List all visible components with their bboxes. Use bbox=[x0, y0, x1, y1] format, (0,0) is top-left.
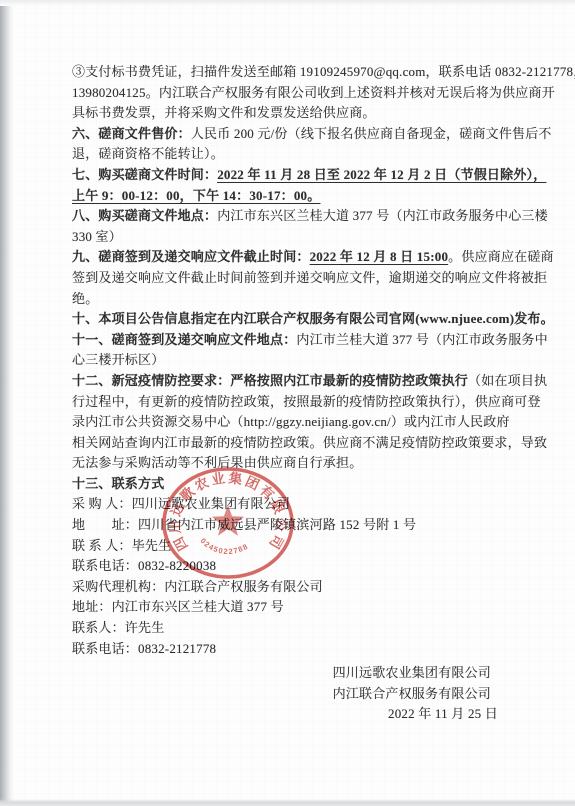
scan-edge-top bbox=[0, 0, 575, 6]
text-run: 无法参与采购活动等不利后果由供应商自行承担。 bbox=[72, 455, 362, 470]
text-run: 2022 年 11 月 28 日至 2022 年 12 月 2 日（节假日除外）… bbox=[217, 167, 546, 182]
text-run: 行过程中，有更新的疫情防控政策，按照最新的疫情防控政策执行），供应商可登 bbox=[72, 394, 541, 409]
doc-line: 采 购 人：四川远歌农业集团有限公司 bbox=[72, 494, 542, 515]
doc-line: 八、购买磋商文件地点：内江市东兴区兰桂大道 377 号（内江市政务服务中心三楼 bbox=[72, 206, 542, 227]
text-run: 地 址：四川省内江市威远县严陵镇滨河路 152 号附 1 号 bbox=[72, 517, 416, 532]
text-run: 2022 年 11 月 25 日 bbox=[388, 706, 498, 721]
text-run: 联系电话：0832-2121778 bbox=[72, 641, 216, 656]
text-run: 录内江市公共资源交易中心（http://ggzy.neijiang.gov.cn… bbox=[72, 414, 510, 429]
doc-line: 十三、联系方式 bbox=[72, 474, 542, 495]
doc-line: 地址：内江市东兴区兰桂大道 377 号 bbox=[72, 597, 542, 618]
doc-line: 十二、新冠疫情防控要求：严格按照内江市最新的疫情防控政策执行（如在项目执 bbox=[72, 371, 542, 392]
doc-line: 联系电话：0832-2121778 bbox=[72, 639, 542, 660]
doc-line: 联 系 人：毕先生 bbox=[72, 536, 542, 557]
text-run: 。供应商应在磋商 bbox=[448, 249, 554, 264]
text-run: 绝。 bbox=[72, 291, 98, 306]
text-run: 十、本项目公告信息指定在内江联合产权服务有限公司官网(www.njuee.com… bbox=[72, 311, 554, 326]
text-run: 人民币 200 元/份（线下报名供应商自备现金，磋商文件售后不 bbox=[191, 126, 552, 141]
signature-date: 2022 年 11 月 25 日 bbox=[72, 704, 542, 725]
doc-line: 相关网站查询内江市最新的疫情防控政策。供应商不满足疫情防控政策要求，导致 bbox=[72, 433, 542, 454]
text-run: （如在项目执 bbox=[468, 373, 547, 388]
text-run: 采 购 人：四川远歌农业集团有限公司 bbox=[72, 496, 290, 511]
text-run: 联系电话：0832-8220038 bbox=[72, 558, 216, 573]
doc-line: 13980204125。内江联合产权服务有限公司收到上述资料并核对无误后将为供应… bbox=[72, 83, 542, 104]
document-text: ③支付标书费凭证，扫描件发送至邮箱 19109245970@qq.com，联系电… bbox=[72, 62, 542, 725]
doc-line: 联系电话：0832-8220038 bbox=[72, 556, 542, 577]
doc-line: 联系人：许先生 bbox=[72, 618, 542, 639]
scan-edge-left bbox=[0, 6, 13, 806]
doc-line: 采购代理机构：内江联合产权服务有限公司 bbox=[72, 577, 542, 598]
text-run: 联 系 人：毕先生 bbox=[72, 538, 171, 553]
text-run: 内江联合产权服务有限公司 bbox=[333, 686, 491, 701]
text-run: 2022 年 12 月 8 日 15:00 bbox=[310, 249, 449, 264]
text-run: 具标书费发票，并将采购文件和发票发送给供应商。 bbox=[72, 105, 376, 120]
doc-line: 地 址：四川省内江市威远县严陵镇滨河路 152 号附 1 号 bbox=[72, 515, 542, 536]
signature-agency: 内江联合产权服务有限公司 bbox=[72, 684, 542, 705]
text-run: 签到及递交响应文件截止时间前签到并递交响应文件，逾期递交的响应文件将被拒 bbox=[72, 270, 547, 285]
doc-line: 十、本项目公告信息指定在内江联合产权服务有限公司官网(www.njuee.com… bbox=[72, 309, 542, 330]
scan-edge-bottom bbox=[0, 799, 575, 806]
text-run: 地址：内江市东兴区兰桂大道 377 号 bbox=[72, 599, 284, 614]
text-run: 退，磋商资格不能转让）。 bbox=[72, 146, 224, 161]
doc-line: 十一、磋商签到及递交响应文件地点：内江市兰桂大道 377 号（内江市政务服务中 bbox=[72, 330, 542, 351]
doc-line: 六、磋商文件售价：人民币 200 元/份（线下报名供应商自备现金，磋商文件售后不 bbox=[72, 124, 542, 145]
text-run: 八、购买磋商文件地点： bbox=[72, 208, 217, 223]
text-run: 内江市东兴区兰桂大道 377 号（内江市政务服务中心三楼 bbox=[217, 208, 548, 223]
text-run: 心三楼开标区） bbox=[72, 352, 164, 367]
doc-line: 无法参与采购活动等不利后果由供应商自行承担。 bbox=[72, 453, 542, 474]
text-run: 上午 9：00-12：00，下午 14：30-17：00。 bbox=[72, 188, 320, 203]
text-run: 联系人：许先生 bbox=[72, 620, 164, 635]
signature-buyer: 四川远歌农业集团有限公司 bbox=[72, 663, 542, 684]
doc-line: 330 室） bbox=[72, 227, 542, 248]
text-run: ③支付标书费凭证，扫描件发送至邮箱 19109245970@qq.com，联系电… bbox=[72, 64, 575, 79]
text-run: 十一、磋商签到及递交响应文件地点： bbox=[72, 332, 296, 347]
text-run: 七、购买磋商文件时间： bbox=[72, 167, 217, 182]
text-run: 13980204125。内江联合产权服务有限公司收到上述资料并核对无误后将为供应… bbox=[72, 85, 555, 100]
text-run: 330 室） bbox=[72, 229, 122, 244]
text-run: 十三、联系方式 bbox=[72, 476, 164, 491]
text-run: 四川远歌农业集团有限公司 bbox=[333, 665, 491, 680]
doc-line: 心三楼开标区） bbox=[72, 350, 542, 371]
doc-line: 退，磋商资格不能转让）。 bbox=[72, 144, 542, 165]
doc-line: 上午 9：00-12：00，下午 14：30-17：00。 bbox=[72, 186, 542, 207]
text-run: 内江市兰桂大道 377 号（内江市政务服务中 bbox=[296, 332, 547, 347]
doc-line: 录内江市公共资源交易中心（http://ggzy.neijiang.gov.cn… bbox=[72, 412, 542, 433]
text-run: 九、磋商签到及递交响应文件截止时间： bbox=[72, 249, 310, 264]
doc-line: 七、购买磋商文件时间：2022 年 11 月 28 日至 2022 年 12 月… bbox=[72, 165, 542, 186]
text-run: 相关网站查询内江市最新的疫情防控政策。供应商不满足疫情防控政策要求，导致 bbox=[72, 435, 547, 450]
doc-line: ③支付标书费凭证，扫描件发送至邮箱 19109245970@qq.com，联系电… bbox=[72, 62, 542, 83]
doc-line: 绝。 bbox=[72, 289, 542, 310]
document-page: ③支付标书费凭证，扫描件发送至邮箱 19109245970@qq.com，联系电… bbox=[0, 0, 575, 806]
doc-line: 签到及递交响应文件截止时间前签到并递交响应文件，逾期递交的响应文件将被拒 bbox=[72, 268, 542, 289]
doc-line: 九、磋商签到及递交响应文件截止时间：2022 年 12 月 8 日 15:00。… bbox=[72, 247, 542, 268]
text-run: 六、磋商文件售价： bbox=[72, 126, 191, 141]
doc-line: 行过程中，有更新的疫情防控政策，按照最新的疫情防控政策执行），供应商可登 bbox=[72, 392, 542, 413]
text-run: 十二、新冠疫情防控要求：严格按照内江市最新的疫情防控政策执行 bbox=[72, 373, 468, 388]
doc-line: 具标书费发票，并将采购文件和发票发送给供应商。 bbox=[72, 103, 542, 124]
text-run: 采购代理机构：内江联合产权服务有限公司 bbox=[72, 579, 323, 594]
